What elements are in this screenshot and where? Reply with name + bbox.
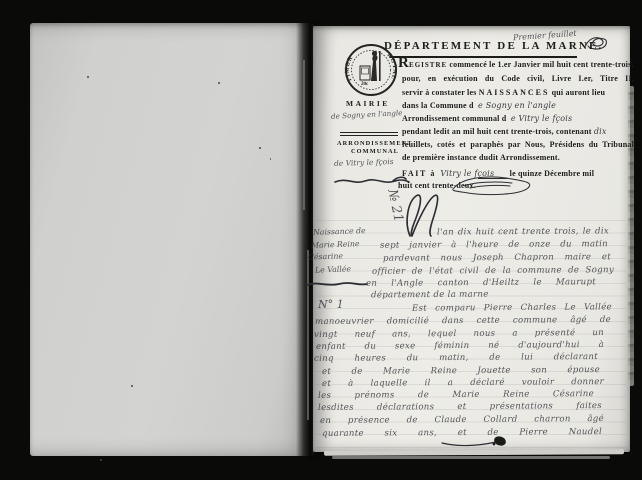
act-text-line: et de Marie Reine Jouette son épouse [322, 365, 600, 377]
paper-speck [259, 147, 261, 149]
margin-note-line: Marie Reine [311, 239, 360, 250]
paper-speck [100, 459, 102, 461]
page-stack-edge [332, 456, 610, 459]
register-line-1: REGISTRE commencé le 1.er Janvier mil hu… [398, 59, 630, 69]
act-text-line: vingt neuf ans, lequel nous a présenté u… [314, 328, 604, 340]
paper-speck [87, 76, 89, 78]
act-text-line: officier de l'état civil de la commune d… [372, 265, 614, 277]
act-text-line: et à laquelle il a déclaré vouloir donne… [322, 377, 604, 389]
register-line-7: feuillets, cotés et paraphés par Nous, P… [402, 140, 634, 149]
stamp-figure [371, 55, 378, 81]
paper-speck [131, 385, 133, 387]
paper-speck [270, 158, 271, 160]
register-line-5: Arrondissement communal d e Vitry le fço… [402, 114, 634, 123]
margin-rule [340, 132, 398, 136]
act-text-line: enfant du sexe féminin né d'aujourd'hui … [316, 340, 604, 352]
communal-label: COMMUNAL [351, 148, 399, 155]
margin-note-line: Naissance de [313, 226, 366, 237]
left-blank-page [30, 23, 314, 456]
register-line-8: de première instance dudit Arrondissemen… [402, 153, 634, 162]
register-line-4: dans la Commune d e Sogny en l'angle [402, 101, 634, 110]
page-stack-edge [324, 449, 624, 456]
register-line-3: servir à constater les NAISSANCES qui au… [402, 88, 634, 97]
act-text-line: sept janvier à l'heure de onze du matin [380, 239, 608, 251]
act-text-line: l'an dix huit cent trente trois, le dix [437, 226, 609, 237]
stamp-right-text: ROYAL [386, 52, 398, 80]
act-text-line: cinq heures du matin, de lui déclarant [314, 352, 598, 364]
arrondissement-fill-handwritten: e Vitry le fçois [511, 114, 573, 123]
ink-blot-icon [440, 433, 520, 449]
stamp-value: 20c [361, 82, 369, 87]
register-line-6: pendant ledit an mil huit cent trente-tr… [402, 127, 634, 136]
act-text-line: lesdites déclarations et présentations f… [318, 401, 602, 413]
register-line-2: pour, en exécution du Code civil, Livre … [402, 74, 634, 83]
act-text-line: en l'Angle canton d'Heiltz le Maurupt [366, 277, 596, 289]
drop-cap: R [398, 55, 409, 71]
act-text-line: département de la marne [371, 290, 489, 301]
act-text-line: les prénoms de Marie Reine Césarine [318, 389, 594, 401]
margin-note-line: Le Vallée [315, 264, 351, 274]
page-edge-sliver [307, 250, 309, 420]
act-text-line: Est comparu Pierre Charles Le Vallée [412, 302, 612, 313]
feuillets-count-handwritten: dix [594, 127, 607, 136]
page-edge-sliver [303, 60, 305, 210]
mairie-label: MAIRIE [346, 99, 390, 108]
act-number: N° 1 [318, 298, 344, 311]
page-title: DÉPARTEMENT DE LA MARNE. [384, 40, 588, 52]
paper-speck [218, 82, 220, 84]
act-text-line: en présence de Claude Collard charron âg… [320, 414, 604, 426]
book-scan: Premier feuillet DÉPARTEMENT DE LA MARNE… [0, 0, 642, 480]
act-text-line: manoeuvrier domicilié dans cette commune… [315, 315, 611, 327]
title-rule [390, 56, 577, 58]
margin-note-line: Césarine [308, 251, 343, 261]
svg-text:ROYAL: ROYAL [386, 52, 398, 80]
margin-note-flourish-icon [305, 278, 369, 290]
timbre-royal-stamp: TIMBRE ROYAL 20c [344, 43, 398, 97]
commune-handwritten: e Sogny en l'angle [478, 101, 556, 110]
act-text-line: pardevant nous Joseph Chapron maire et [383, 252, 611, 264]
signature-flourish-icon [448, 172, 540, 200]
